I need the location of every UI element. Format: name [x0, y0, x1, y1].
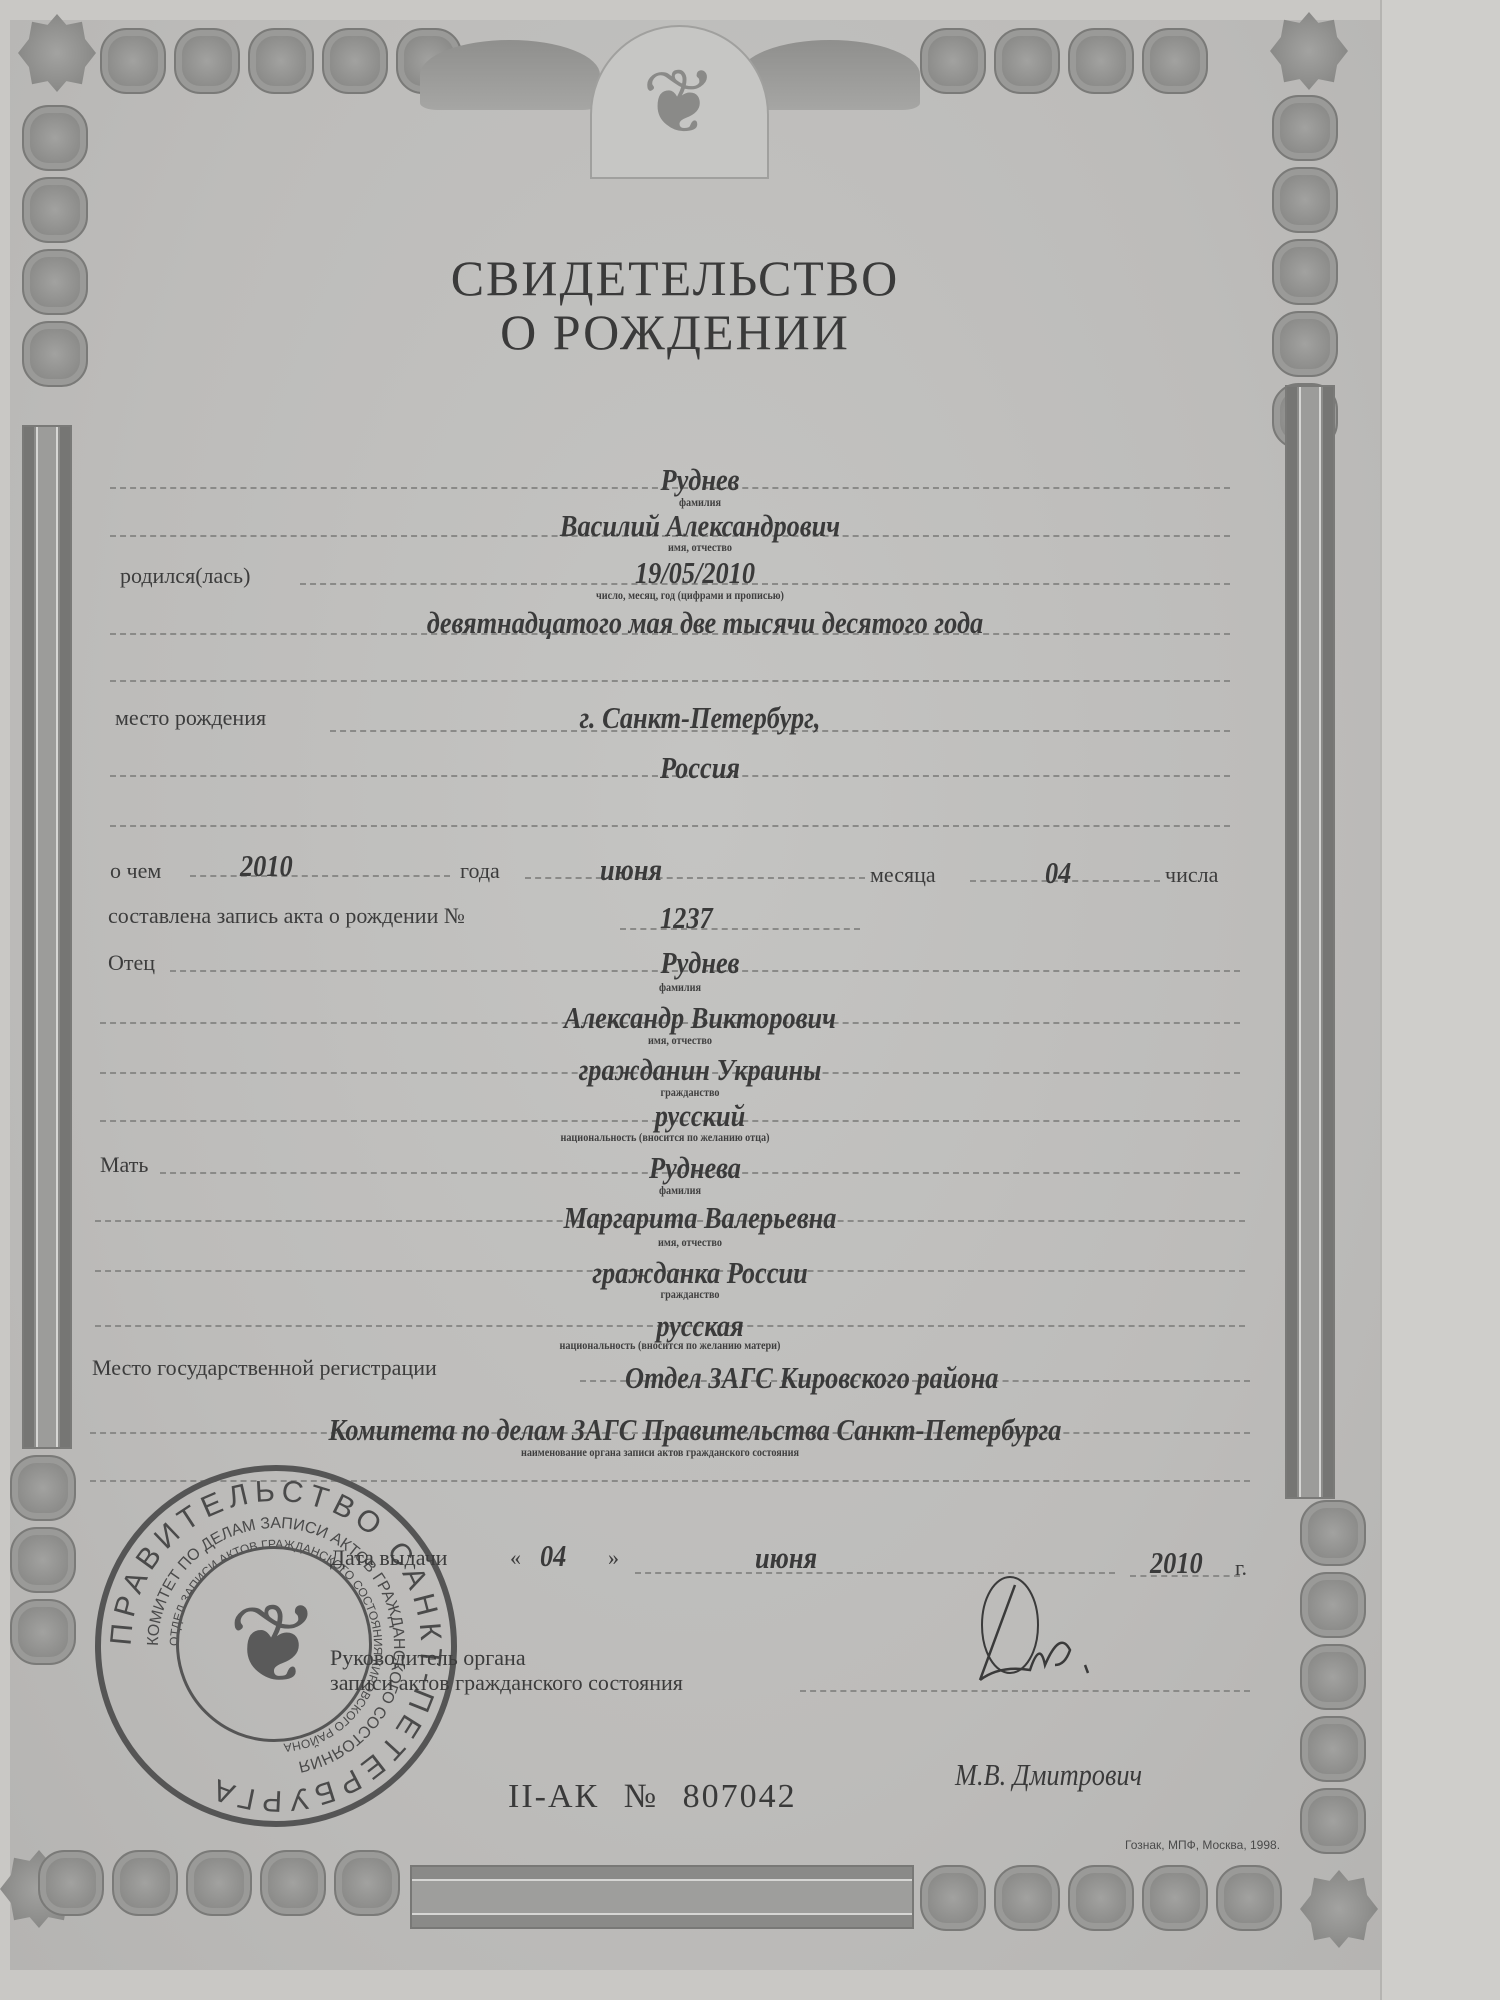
border-top-left-rosettes	[100, 28, 462, 94]
head-label-line1: Руководитель органа	[330, 1645, 526, 1671]
document-title-line1: СВИДЕТЕЛЬСТВО	[0, 248, 1425, 308]
issue-year: 2010	[1150, 1545, 1203, 1581]
father-citizenship: гражданин Украины	[579, 1052, 822, 1088]
record-month-label: месяца	[870, 862, 936, 888]
record-day-label: числа	[1165, 862, 1218, 888]
border-right-lower-rosettes	[1300, 1500, 1366, 1854]
birthplace-label: место рождения	[115, 705, 266, 731]
record-day: 04	[1045, 855, 1071, 891]
ruled-line	[525, 877, 865, 879]
signature	[960, 1570, 1120, 1700]
issue-quote-open: «	[510, 1545, 521, 1571]
registration-office-hint: наименование органа записи актов граждан…	[521, 1445, 799, 1460]
registration-office-line2: Комитета по делам ЗАГС Правительства Сан…	[329, 1412, 1062, 1448]
ribbon-left	[420, 40, 600, 110]
mother-citizenship: гражданка России	[592, 1255, 808, 1291]
father-surname-hint: фамилия	[659, 980, 701, 995]
child-surname: Руднев	[661, 462, 740, 498]
father-name-hint: имя, отчество	[648, 1033, 712, 1048]
mother-label: Мать	[100, 1152, 148, 1178]
child-name-patronymic: Василий Александрович	[560, 508, 840, 544]
record-month: июня	[600, 852, 662, 888]
border-left-lower-rosettes	[10, 1455, 76, 1665]
registration-label: Место государственной регистрации	[92, 1355, 437, 1381]
father-label: Отец	[108, 950, 155, 976]
border-left-bar	[22, 425, 72, 1449]
born-label: родился(лась)	[120, 563, 250, 589]
ruled-line	[110, 825, 1230, 827]
ruled-line	[300, 583, 1230, 585]
mother-name-patronymic: Маргарита Валерьевна	[564, 1200, 837, 1236]
mother-name-hint: имя, отчество	[658, 1235, 722, 1250]
head-name: М.В. Дмитрович	[955, 1757, 1142, 1793]
father-nationality-hint: национальность (вносится по желанию отца…	[560, 1130, 769, 1145]
record-year: 2010	[240, 848, 293, 884]
border-bottom-right-rosettes	[920, 1865, 1282, 1931]
record-about-label: о чем	[110, 858, 161, 884]
serial-number-value: 807042	[683, 1778, 797, 1815]
border-bottom-bar	[410, 1865, 914, 1929]
border-right-bar	[1285, 385, 1335, 1499]
issue-quote-close: »	[608, 1545, 619, 1571]
serial-number-sign: №	[624, 1778, 658, 1815]
birth-date-digits: 19/05/2010	[635, 555, 755, 591]
birthplace-country: Россия	[660, 750, 740, 786]
ruled-line	[110, 680, 1230, 682]
mother-surname-hint: фамилия	[659, 1183, 701, 1198]
act-number-label: составлена запись акта о рождении №	[108, 903, 465, 929]
child-name-hint: имя, отчество	[668, 540, 732, 555]
document-title-line2: О РОЖДЕНИИ	[0, 302, 1425, 362]
father-surname: Руднев	[661, 945, 740, 981]
issue-date-label: Дата выдачи	[330, 1545, 447, 1571]
record-year-label: года	[460, 858, 500, 884]
border-top-right-rosettes	[920, 28, 1208, 94]
mother-nationality-hint: национальность (вносится по желанию мате…	[560, 1338, 781, 1353]
registration-office-line1: Отдел ЗАГС Кировского района	[625, 1360, 998, 1396]
ruled-line	[190, 875, 450, 877]
stamp-emblem-icon: ❦	[176, 1546, 372, 1742]
mother-surname: Руднева	[649, 1150, 741, 1186]
border-bottom-left-rosettes	[38, 1850, 400, 1916]
father-name-patronymic: Александр Викторович	[564, 1000, 836, 1036]
father-nationality: русский	[655, 1098, 746, 1134]
issue-month: июня	[755, 1540, 817, 1576]
serial-number: II-АК № 807042	[508, 1778, 797, 1816]
act-number: 1237	[660, 900, 713, 936]
birth-date-words: девятнадцатого мая две тысячи десятого г…	[427, 605, 983, 641]
serial-series: II-АК	[508, 1778, 599, 1815]
mother-citizenship-hint: гражданство	[660, 1287, 719, 1302]
head-label-line2: записи актов гражданского состояния	[330, 1670, 683, 1696]
issue-day: 04	[540, 1538, 566, 1574]
birth-date-hint: число, месяц, год (цифрами и прописью)	[596, 588, 784, 603]
issue-year-suffix: г.	[1235, 1555, 1247, 1581]
ruled-line	[620, 928, 860, 930]
birthplace-city: г. Санкт-Петербург,	[580, 700, 821, 736]
printer-imprint: Гознак, МПФ, Москва, 1998.	[1125, 1838, 1280, 1852]
